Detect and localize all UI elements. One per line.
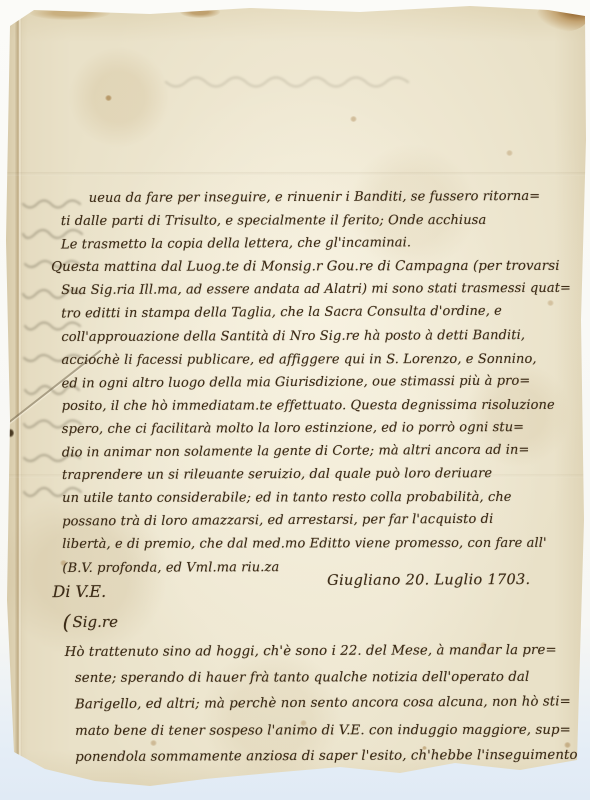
- verso-ink-showthrough-faint: [152, 68, 412, 94]
- body-line: Sua Sig.ria Ill.ma, ad essere andata ad …: [51, 277, 543, 302]
- body-line: coll'approuazione della Santità di Nro S…: [51, 323, 543, 348]
- foxing-spot: [105, 95, 112, 101]
- horizontal-crease-upper: [2, 172, 588, 176]
- postscript-block: Hò trattenuto sino ad hoggi, ch'è sono i…: [53, 638, 546, 772]
- body-line: Le trasmetto la copia della lettera, che…: [51, 231, 543, 257]
- addressee-row: (Sig.re: [53, 606, 545, 634]
- closing-row: Di V.E. Giugliano 20. Luglio 1703.: [52, 580, 544, 608]
- body-line: ti dalle parti di Trisulto, e specialmen…: [51, 209, 543, 233]
- postscript-line: mato bene di tener sospeso l'animo di V.…: [53, 718, 545, 746]
- body-line: spero, che ci facilitarà molto la loro e…: [52, 416, 544, 441]
- body-line: tro editti in stampa della Taglia, che l…: [51, 300, 543, 326]
- addressee-abbreviation: Sig.re: [72, 612, 118, 630]
- postscript-line: Barigello, ed altri; mà perchè non sento…: [53, 690, 545, 719]
- foxing-spot: [506, 150, 513, 156]
- body-line: ueua da fare per inseguire, e rinuenir i…: [51, 185, 543, 210]
- body-line: posito, il che hò immediatam.te effettua…: [52, 394, 544, 418]
- foxing-spot: [350, 116, 357, 122]
- body-line: ed in ogni altro luogo della mia Giurisd…: [52, 369, 544, 395]
- body-line: Questa mattina dal Luog.te di Monsig.r G…: [51, 255, 543, 279]
- body-line: traprendere un si rileuante seruizio, da…: [52, 462, 544, 487]
- body-line: libertà, e di premio, che dal med.mo Edi…: [52, 532, 544, 556]
- scanned-letter-page: ueua da fare per inseguire, e rinuenir i…: [0, 0, 590, 800]
- body-line: possano trà di loro amazzarsi, ed arrest…: [52, 508, 544, 534]
- place-and-date: Giugliano 20. Luglio 1703.: [327, 572, 530, 589]
- foxing-spot: [547, 300, 554, 306]
- body-line: un utile tanto considerabile; ed in tant…: [52, 486, 544, 510]
- body-line: dio in animar non solamente la gente di …: [52, 439, 544, 465]
- postscript-line: Hò trattenuto sino ad hoggi, ch'è sono i…: [53, 638, 545, 667]
- body-line: acciochè li facessi publicare, ed affigg…: [51, 347, 543, 371]
- letter-paper-sheet: ueua da fare per inseguire, e rinuenir i…: [2, 2, 588, 796]
- letter-text-block: ueua da fare per inseguire, e rinuenir i…: [51, 185, 546, 772]
- postscript-line: sente; sperando di hauer frà tanto qualc…: [53, 665, 545, 693]
- pen-flourish: (: [63, 610, 71, 634]
- valediction: Di V.E.: [52, 581, 106, 600]
